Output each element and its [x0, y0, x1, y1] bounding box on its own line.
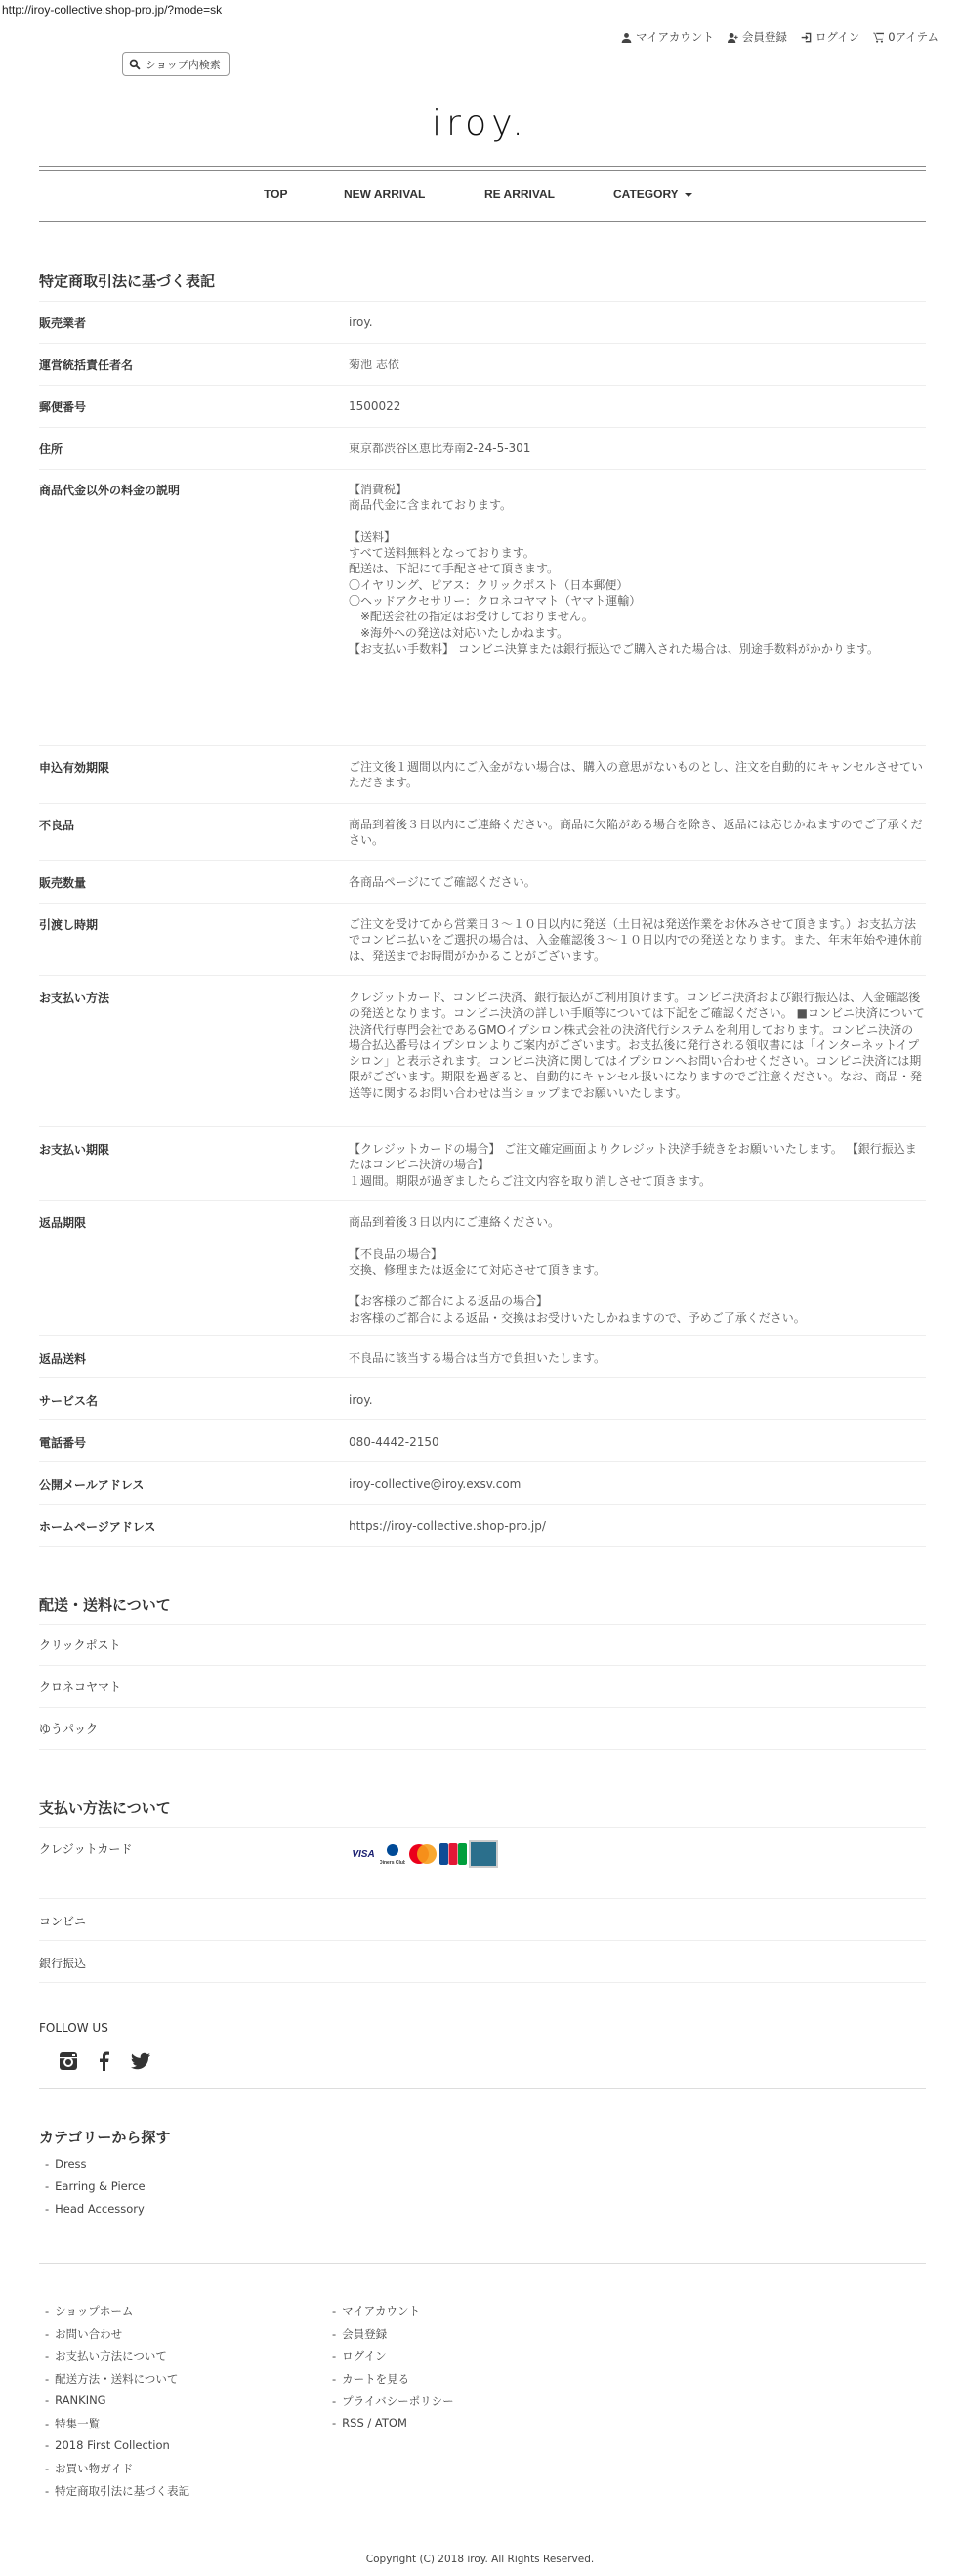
- row-divider: [39, 1898, 926, 1899]
- my-account-link[interactable]: マイアカウント: [621, 29, 714, 45]
- nav-category[interactable]: CATEGORY: [613, 188, 692, 201]
- legal-label: 郵便番号: [39, 399, 86, 415]
- footer-link[interactable]: -特定商取引法に基づく表記: [45, 2483, 189, 2506]
- twitter-icon[interactable]: [131, 2051, 150, 2074]
- legal-title: 特定商取引法に基づく表記: [39, 271, 215, 291]
- footer-link[interactable]: -配送方法・送料について: [45, 2371, 189, 2393]
- legal-label: 公開メールアドレス: [39, 1476, 144, 1493]
- row-divider: [39, 1126, 926, 1127]
- payment-item: クレジットカード: [39, 1840, 132, 1857]
- legal-value: ご注文を受けてから営業日３～１０日以内に発送（土日祝は発送作業をお休みさせて頂き…: [349, 916, 925, 964]
- legal-value: 商品到着後３日以内にご連絡ください。商品に欠陥がある場合を除き、返品には応じかね…: [349, 817, 925, 849]
- header-divider: [39, 170, 926, 171]
- category-list: -Dress -Earring & Pierce -Head Accessory: [45, 2157, 146, 2224]
- legal-label: ホームページアドレス: [39, 1518, 155, 1535]
- shipping-title: 配送・送料について: [39, 1594, 171, 1615]
- diners-logo: Diners Club: [379, 1840, 406, 1868]
- search-label: ショップ内検索: [146, 57, 221, 72]
- legal-value: iroy.: [349, 1392, 925, 1408]
- nav-divider: [39, 221, 926, 222]
- row-divider: [39, 1827, 926, 1828]
- mastercard-logo: [408, 1840, 438, 1868]
- visa-logo: VISA: [350, 1840, 377, 1868]
- row-divider: [39, 1940, 926, 1941]
- legal-value: 【消費税】 商品代金に含まれております。 【送料】 すべて送料無料となっておりま…: [349, 482, 925, 656]
- header-divider: [39, 166, 926, 167]
- register-label: 会員登録: [742, 29, 787, 45]
- legal-label: 商品代金以外の料金の説明: [39, 482, 180, 498]
- search-icon: [129, 59, 141, 70]
- footer-link[interactable]: -お支払い方法について: [45, 2348, 189, 2371]
- my-account-label: マイアカウント: [636, 29, 714, 45]
- cart-label: 0アイテム: [888, 29, 939, 45]
- shipping-item: クリックポスト: [39, 1636, 121, 1653]
- footer-link[interactable]: -お買い物ガイド: [45, 2461, 189, 2483]
- row-divider: [39, 385, 926, 386]
- legal-label: 不良品: [39, 817, 74, 833]
- footer-link[interactable]: -マイアカウント: [332, 2303, 454, 2326]
- row-divider: [39, 1461, 926, 1462]
- legal-label: 販売数量: [39, 874, 86, 891]
- row-divider: [39, 427, 926, 428]
- copyright: Copyright (C) 2018 iroy. All Rights Rese…: [0, 2554, 960, 2565]
- categories-title: カテゴリーから探す: [39, 2127, 170, 2147]
- row-divider: [39, 1749, 926, 1750]
- footer-link[interactable]: -特集一覧: [45, 2416, 189, 2438]
- header-links: マイアカウント 会員登録 ログイン 0アイテム: [621, 29, 939, 45]
- legal-label: 運営統括責任者名: [39, 357, 133, 373]
- shipping-item: ゆうパック: [39, 1720, 98, 1737]
- category-item-dress[interactable]: -Dress: [45, 2157, 146, 2179]
- user-plus-icon: [728, 32, 738, 43]
- instagram-icon[interactable]: [59, 2051, 78, 2074]
- footer-links-col1: -ショップホーム -お問い合わせ -お支払い方法について -配送方法・送料につい…: [45, 2303, 189, 2506]
- payment-item: 銀行振込: [39, 1955, 86, 1971]
- register-link[interactable]: 会員登録: [728, 29, 787, 45]
- row-divider: [39, 1419, 926, 1420]
- legal-value: 菊池 志依: [349, 357, 925, 372]
- footer-link[interactable]: -ログイン: [332, 2348, 454, 2371]
- nav-top[interactable]: TOP: [264, 188, 287, 201]
- row-divider: [39, 1200, 926, 1201]
- section-divider: [39, 2263, 926, 2264]
- legal-value: クレジットカード、コンビニ決済、銀行振込がご利用頂けます。コンビニ決済および銀行…: [349, 990, 925, 1101]
- row-divider: [39, 1665, 926, 1666]
- footer-link[interactable]: -RANKING: [45, 2393, 189, 2416]
- row-divider: [39, 1624, 926, 1625]
- shop-search-button[interactable]: ショップ内検索: [122, 52, 230, 76]
- row-divider: [39, 745, 926, 746]
- legal-label: お支払い方法: [39, 990, 109, 1006]
- row-divider: [39, 975, 926, 976]
- row-divider: [39, 1335, 926, 1336]
- legal-label: お支払い期限: [39, 1141, 109, 1158]
- row-divider: [39, 1707, 926, 1708]
- amex-logo: [469, 1840, 498, 1868]
- nav-re-arrival[interactable]: RE ARRIVAL: [484, 188, 555, 201]
- footer-links-col2: -マイアカウント -会員登録 -ログイン -カートを見る -プライバシーポリシー…: [332, 2303, 454, 2438]
- footer-link[interactable]: -会員登録: [332, 2326, 454, 2348]
- legal-label: 住所: [39, 441, 63, 457]
- legal-value: 1500022: [349, 399, 925, 414]
- footer-link[interactable]: -お問い合わせ: [45, 2326, 189, 2348]
- legal-value: 各商品ページにてご確認ください。: [349, 874, 925, 890]
- site-logo[interactable]: iroy.: [0, 104, 960, 144]
- category-item-earring[interactable]: -Earring & Pierce: [45, 2179, 146, 2202]
- legal-value: 【クレジットカードの場合】 ご注文確定画面よりクレジット決済手続きをお願いいたし…: [349, 1141, 925, 1189]
- jcb-logo: [439, 1840, 467, 1868]
- legal-label: 引渡し時期: [39, 916, 98, 933]
- row-divider: [39, 301, 926, 302]
- nav-category-label: CATEGORY: [613, 188, 679, 201]
- legal-value: https://iroy-collective.shop-pro.jp/: [349, 1518, 925, 1534]
- payment-title: 支払い方法について: [39, 1797, 171, 1818]
- login-label: ログイン: [815, 29, 859, 45]
- row-divider: [39, 343, 926, 344]
- legal-label: 販売業者: [39, 315, 86, 331]
- row-divider: [39, 1377, 926, 1378]
- legal-value: 商品到着後３日以内にご連絡ください。 【不良品の場合】 交換、修理または返金にて…: [349, 1214, 925, 1326]
- legal-value: ご注文後１週間以内にご入金がない場合は、購入の意思がないものとし、注文を自動的に…: [349, 759, 925, 791]
- legal-value: iroy.: [349, 315, 925, 330]
- user-icon: [621, 32, 632, 43]
- footer-link[interactable]: -2018 First Collection: [45, 2438, 189, 2461]
- global-nav: TOP NEW ARRIVAL RE ARRIVAL CATEGORY: [0, 188, 960, 205]
- category-item-head-accessory[interactable]: -Head Accessory: [45, 2202, 146, 2224]
- legal-value: 東京都渋谷区恵比寿南2-24-5-301: [349, 441, 925, 456]
- cart-icon: [873, 32, 884, 43]
- facebook-icon[interactable]: [95, 2051, 114, 2074]
- row-divider: [39, 860, 926, 861]
- follow-us-label: FOLLOW US: [39, 2021, 108, 2035]
- legal-label: 返品送料: [39, 1350, 86, 1367]
- social-links: [59, 2051, 150, 2074]
- row-divider: [39, 1982, 926, 1983]
- footer-link[interactable]: -カートを見る: [332, 2371, 454, 2393]
- login-link[interactable]: ログイン: [801, 29, 859, 45]
- row-divider: [39, 1504, 926, 1505]
- cart-link[interactable]: 0アイテム: [873, 29, 939, 45]
- legal-label: 電話番号: [39, 1434, 86, 1451]
- nav-new-arrival[interactable]: NEW ARRIVAL: [344, 188, 425, 201]
- legal-value: 080-4442-2150: [349, 1434, 925, 1450]
- credit-card-logos: VISA Diners Club: [350, 1840, 498, 1868]
- row-divider: [39, 1546, 926, 1547]
- payment-item: コンビニ: [39, 1913, 86, 1929]
- page-url: http://iroy-collective.shop-pro.jp/?mode…: [2, 3, 222, 17]
- footer-link[interactable]: -RSS / ATOM: [332, 2416, 454, 2438]
- footer-link[interactable]: -プライバシーポリシー: [332, 2393, 454, 2416]
- footer-link[interactable]: -ショップホーム: [45, 2303, 189, 2326]
- legal-value: 不良品に該当する場合は当方で負担いたします。: [349, 1350, 925, 1366]
- shipping-item: クロネコヤマト: [39, 1678, 121, 1695]
- section-divider: [39, 2088, 926, 2089]
- row-divider: [39, 903, 926, 904]
- svg-text:Diners Club: Diners Club: [380, 1860, 405, 1866]
- legal-label: 返品期限: [39, 1214, 86, 1231]
- login-icon: [801, 32, 812, 43]
- row-divider: [39, 469, 926, 470]
- legal-value: iroy-collective@iroy.exsv.com: [349, 1476, 925, 1492]
- caret-down-icon: [685, 193, 692, 197]
- row-divider: [39, 803, 926, 804]
- legal-label: 申込有効期限: [39, 759, 109, 776]
- legal-label: サービス名: [39, 1392, 98, 1409]
